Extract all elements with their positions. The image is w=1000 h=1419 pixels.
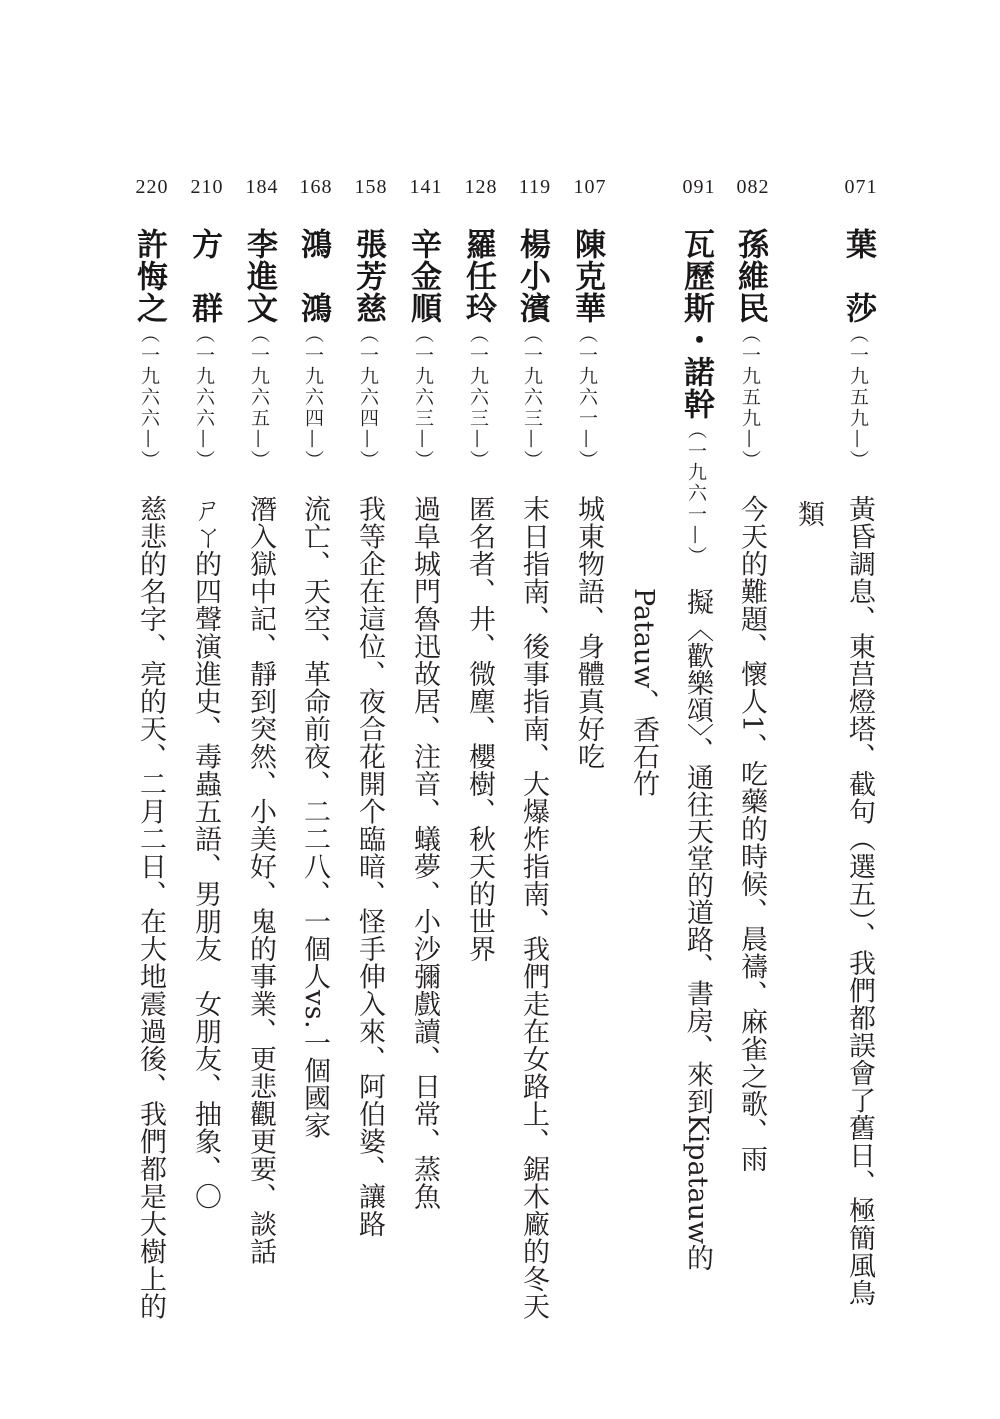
author-years: （一九六一—）	[576, 324, 598, 471]
page-number: 082	[728, 176, 778, 199]
author-years: （一九六六—）	[138, 324, 160, 471]
page-number: 141	[401, 176, 451, 199]
author-years: （一九六三—）	[467, 324, 489, 471]
author-name: 鴻 鴻	[295, 228, 331, 324]
author-name: 李進文	[241, 228, 277, 324]
author-name: 許悔之	[131, 228, 167, 324]
author-line: 陳克華（一九六一—）	[571, 228, 602, 471]
page-number: 107	[565, 176, 615, 199]
author-name: 張芳慈	[350, 228, 386, 324]
author-line: 許悔之（一九六六—）	[133, 228, 164, 471]
author-years: （一九六六—）	[193, 324, 215, 471]
works-list: 過阜城門魯迅故居、注音、蟻夢、小沙彌戲讀、日常、蒸魚	[411, 495, 438, 1210]
author-line: 孫維民（一九五九—）	[734, 228, 765, 471]
author-line: 楊小濱（一九六三—）	[516, 228, 547, 471]
author-years: （一九六三—）	[521, 324, 543, 471]
author-years: （一九六三—）	[412, 324, 434, 471]
page-number: 158	[346, 176, 396, 199]
works-list: 城東物語、身體真好吃	[575, 495, 602, 770]
works-list: 擬〈歡樂頌〉、通往天堂的道路、書房、來到Kipatauw的	[684, 588, 711, 1271]
author-years: （一九六一—）	[685, 420, 707, 567]
page-number: 168	[291, 176, 341, 199]
works-list: ㄕㄚ的四聲演進史、毒蟲五語、男朋友 女朋友、抽象、〇	[192, 495, 219, 1210]
page-number: 119	[510, 176, 560, 199]
works-list: 匿名者、井、微塵、櫻樹、秋天的世界	[466, 495, 493, 963]
works-list: 末日指南、後事指南、大爆炸指南、我們走在女路上、鋸木廠的冬天	[520, 495, 547, 1320]
page-number: 220	[127, 176, 177, 199]
author-years: （一九五九—）	[739, 324, 761, 471]
works-list-continued: 類	[795, 500, 822, 527]
author-name: 孫維民	[732, 228, 768, 324]
author-line: 瓦歷斯・諾幹（一九六一—）	[680, 228, 711, 567]
page-number: 071	[836, 176, 886, 199]
author-name: 陳克華	[569, 228, 605, 324]
author-line: 葉 莎（一九五九—）	[842, 228, 873, 471]
author-name: 羅任玲	[460, 228, 496, 324]
author-years: （一九六四—）	[302, 324, 324, 471]
author-name: 葉 莎	[840, 228, 876, 324]
author-line: 李進文（一九六五—）	[243, 228, 274, 471]
works-list: 慈悲的名字、亮的天、二月二日、在大地震過後、我們都是大樹上的	[137, 495, 164, 1320]
author-years: （一九六五—）	[248, 324, 270, 471]
author-name: 辛金順	[405, 228, 441, 324]
works-list: 黃昏調息、東莒燈塔、截句（選五）、我們都誤會了舊日、極簡風鳥	[846, 495, 873, 1307]
author-line: 張芳慈（一九六四—）	[352, 228, 383, 471]
author-name: 楊小濱	[514, 228, 550, 324]
author-line: 方 群（一九六六—）	[188, 228, 219, 471]
author-line: 羅任玲（一九六三—）	[462, 228, 493, 471]
works-list: 我等企在這位、夜合花開个臨暗、怪手伸入來、阿伯婆、讓路	[356, 495, 383, 1238]
author-name: 瓦歷斯・諾幹	[678, 228, 714, 420]
works-list: 流亡、天空、革命前夜、二二八、一個人vs.一個國家	[301, 495, 328, 1139]
works-list: 今天的難題、懷人1、吃藥的時候、晨禱、麻雀之歌、雨	[738, 495, 765, 1173]
author-line: 鴻 鴻（一九六四—）	[297, 228, 328, 471]
works-list: 潛入獄中記、靜到突然、小美好、鬼的事業、更悲觀更要、談話	[247, 495, 274, 1265]
page-number: 184	[237, 176, 287, 199]
author-years: （一九六四—）	[357, 324, 379, 471]
page-number: 210	[182, 176, 232, 199]
page-number: 128	[456, 176, 506, 199]
author-line: 辛金順（一九六三—）	[407, 228, 438, 471]
page-number: 091	[674, 176, 724, 199]
author-name: 方 群	[186, 228, 222, 324]
works-list-continued: Patauw、香石竹	[630, 588, 657, 797]
author-years: （一九五九—）	[847, 324, 869, 471]
